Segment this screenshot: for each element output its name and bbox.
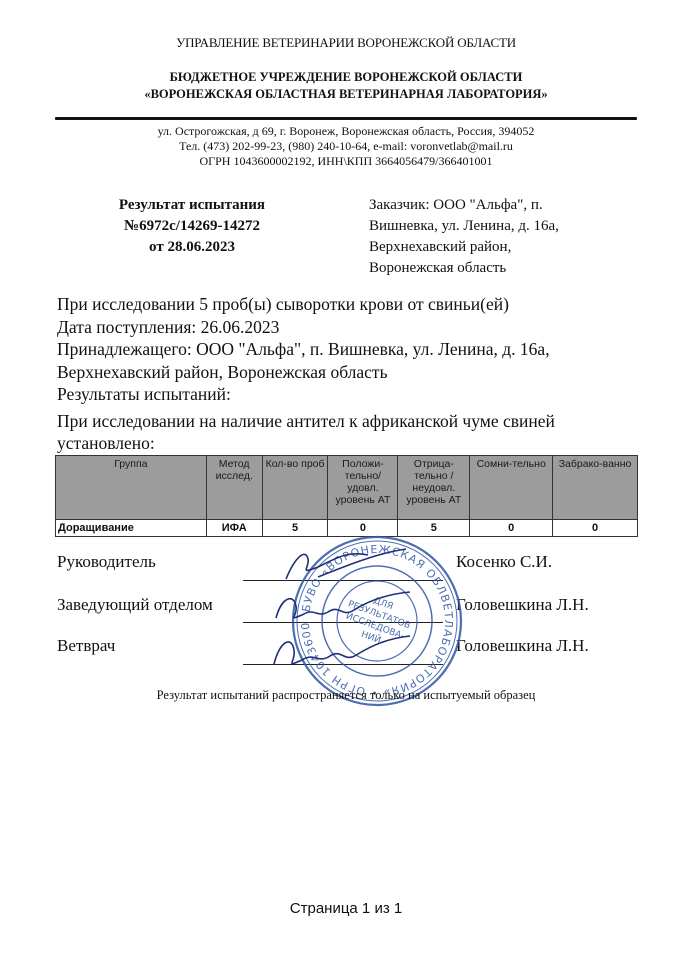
samples-line: При исследовании 5 проб(ы) сыворотки кро… (57, 293, 657, 316)
col-sample-count: Кол-во проб (262, 456, 328, 520)
institution-line-2: «ВОРОНЕЖСКАЯ ОБЛАСТНАЯ ВЕТЕРИНАРНАЯ ЛАБО… (0, 86, 692, 103)
result-title: Результат испытания (92, 195, 292, 216)
cell-group: Доращивание (56, 520, 207, 537)
result-heading: Результат испытания №6972с/14269-14272 о… (92, 195, 292, 258)
customer-line: Воронежская область (369, 258, 639, 279)
received-date: Дата поступления: 26.06.2023 (57, 316, 657, 339)
results-table: Группа Метод исслед. Кол-во проб Положи-… (55, 455, 638, 537)
registry-numbers: ОГРН 1043600002192, ИНН\КПП 3664056479/3… (0, 154, 692, 169)
signature-role-dept: Заведующий отделом (57, 595, 213, 615)
customer-info: Заказчик: ООО "Альфа", п. Вишневка, ул. … (369, 195, 639, 279)
address: ул. Острогожская, д 69, г. Воронеж, Воро… (0, 124, 692, 139)
signature-role-head: Руководитель (57, 552, 156, 572)
cell-rejected: 0 (553, 520, 638, 537)
col-group: Группа (56, 456, 207, 520)
col-positive: Положи-тельно/ удовл. уровень АТ (328, 456, 398, 520)
result-number: №6972с/14269-14272 (92, 216, 292, 237)
institution-name: БЮДЖЕТНОЕ УЧРЕЖДЕНИЕ ВОРОНЕЖСКОЙ ОБЛАСТИ… (0, 69, 692, 103)
customer-line: Заказчик: ООО "Альфа", п. (369, 195, 639, 216)
col-doubtful: Сомни-тельно (470, 456, 553, 520)
study-description: При исследовании на наличие антител к аф… (57, 410, 657, 433)
signature-scribble-vet-icon (270, 630, 420, 674)
signature-name-vet: Головешкина Л.Н. (456, 636, 589, 656)
result-date: от 28.06.2023 (92, 237, 292, 258)
signature-scribble-head-icon (278, 545, 418, 587)
col-rejected: Забрако-ванно (553, 456, 638, 520)
col-method: Метод исслед. (206, 456, 262, 520)
col-negative: Отрица-тельно / неудовл. уровень АТ (398, 456, 470, 520)
document-body: При исследовании 5 проб(ы) сыворотки кро… (57, 293, 657, 455)
contact-info: ул. Острогожская, д 69, г. Воронеж, Воро… (0, 124, 692, 169)
signature-role-vet: Ветврач (57, 636, 115, 656)
signature-name-dept: Головешкина Л.Н. (456, 595, 589, 615)
signature-scribble-dept-icon (270, 588, 420, 628)
phones-email: Тел. (473) 202-99-23, (980) 240-10-64, e… (0, 139, 692, 154)
institution-line-1: БЮДЖЕТНОЕ УЧРЕЖДЕНИЕ ВОРОНЕЖСКОЙ ОБЛАСТИ (0, 69, 692, 86)
header-divider (55, 117, 637, 120)
results-label: Результаты испытаний: (57, 383, 657, 406)
authority-title: УПРАВЛЕНИЕ ВЕТЕРИНАРИИ ВОРОНЕЖСКОЙ ОБЛАС… (0, 35, 692, 51)
page-indicator: Страница 1 из 1 (0, 900, 692, 917)
owner-region: Верхнехавский район, Воронежская область (57, 361, 657, 384)
disclaimer: Результат испытаний распространяется тол… (0, 688, 692, 703)
study-established: установлено: (57, 432, 657, 455)
cell-doubtful: 0 (470, 520, 553, 537)
owner-line: Принадлежащего: ООО "Альфа", п. Вишневка… (57, 338, 657, 361)
customer-line: Верхнехавский район, (369, 237, 639, 258)
customer-line: Вишневка, ул. Ленина, д. 16а, (369, 216, 639, 237)
table-header-row: Группа Метод исслед. Кол-во проб Положи-… (56, 456, 638, 520)
signature-name-head: Косенко С.И. (456, 552, 552, 572)
cell-method: ИФА (206, 520, 262, 537)
